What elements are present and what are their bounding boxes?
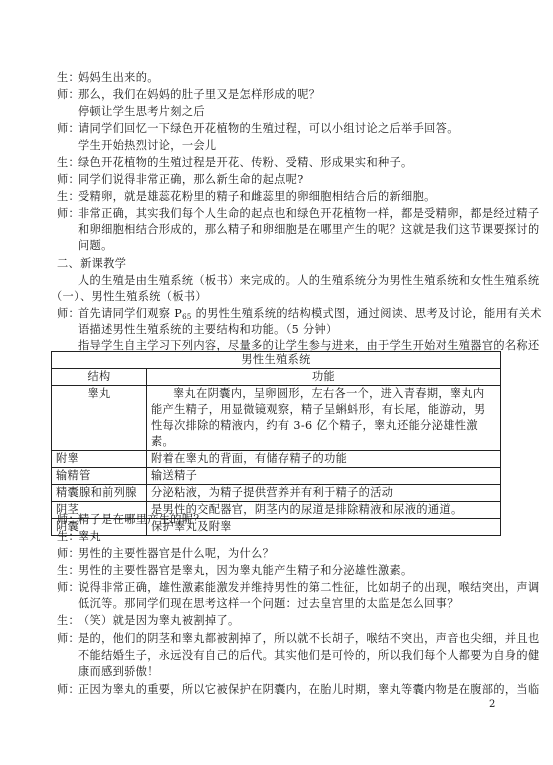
speaker-label: 师： xyxy=(57,87,78,103)
table-row: 睾丸 睾丸在阴囊内，呈卵圆形，左右各一个，进入青春期，睾丸内能产生精子，用显微镜… xyxy=(52,386,501,451)
column-header-function: 功能 xyxy=(147,369,501,386)
paragraph: 人的生殖是由生殖系统（板书）来完成的。人的生殖系统分为男性生殖系统和女性生殖系统 xyxy=(78,273,508,289)
dialogue-line: 师：非常正确，其实我们每个人生命的起点也和绿色开花植物一样，都是受精卵，都是经过… xyxy=(57,206,507,222)
dialogue-line: 生：受精卵，就是雄蕊花粉里的精子和雌蕊里的卵细胞相结合后的新细胞。 xyxy=(57,189,507,205)
dialogue-line: 师：男性的主要性器官是什么呢，为什么？ xyxy=(57,546,507,562)
speaker-label: 生： xyxy=(57,613,78,629)
line-text: 康而感到骄傲！ xyxy=(78,665,159,678)
dialogue-line: 生：绿色开花植物的生殖过程是开花、传粉、受精、形成果实和种子。 xyxy=(57,155,507,171)
line-text: 停顿让学生思考片刻之后 xyxy=(78,105,205,118)
speaker-label: 师： xyxy=(57,121,78,137)
dialogue-continuation: 康而感到骄傲！ xyxy=(78,664,508,680)
line-text: （一）、男性生殖系统（板书） xyxy=(51,290,207,303)
dialogue-continuation: 低沉等。那同学们现在思考这样一个问题：过去皇宫里的太监是怎么回事？ xyxy=(78,596,508,612)
speaker-label: 生： xyxy=(57,155,78,171)
line-text: 请同学们回忆一下绿色开花植物的生殖过程，可以小组讨论之后举手回答。 xyxy=(78,122,459,135)
table-row: 精囊腺和前列腺 分泌粘液，为精子提供营养并有利于精子的活动 xyxy=(52,485,501,502)
structure-cell: 精囊腺和前列腺 xyxy=(52,485,147,502)
function-cell: 分泌粘液，为精子提供营养并有利于精子的活动 xyxy=(147,485,501,502)
line-text: 男性的主要性器官是睾丸，因为睾丸能产生精子和分泌雄性激素。 xyxy=(78,564,413,577)
speaker-label: 师： xyxy=(57,546,78,562)
line-text: 二、新课教学 xyxy=(57,257,126,270)
table-row: 输精管 输送精子 xyxy=(52,468,501,485)
line-text: 首先请同学们观察 P xyxy=(78,307,182,320)
table-row: 附睾 附着在睾丸的背面，有储存精子的功能 xyxy=(52,451,501,468)
dialogue-line: 生：男性的主要性器官是睾丸，因为睾丸能产生精子和分泌雄性激素。 xyxy=(57,563,507,579)
function-cell: 输送精子 xyxy=(147,468,501,485)
stage-direction: 学生开始热烈讨论，一会儿 xyxy=(78,138,508,154)
dialogue-line: 生：睾丸 xyxy=(57,529,507,545)
structure-cell: 睾丸 xyxy=(52,386,147,451)
dialogue-continuation: 不能结婚生子，永远没有自己的后代。其实他们是可怜的，所以我们每个人都要为自身的健 xyxy=(78,648,508,664)
dialogue-line: 师：精子是在哪里产生的呢？ xyxy=(57,512,507,528)
line-text: 非常正确，其实我们每个人生命的起点也和绿色开花植物一样，都是受精卵，都是经过精子 xyxy=(78,207,540,220)
line-text: 说得非常正确，雄性激素能激发并维持男性的第二性征，比如胡子的出现，喉结突出，声调 xyxy=(78,581,540,594)
speaker-label: 师： xyxy=(57,682,78,698)
line-text: 的男性生殖系统的结构模式图，通过阅读、思考及讨论，能用有关术 xyxy=(192,307,542,320)
page-number: 2 xyxy=(489,699,495,710)
structure-cell: 输精管 xyxy=(52,468,147,485)
stage-direction: 停顿让学生思考片刻之后 xyxy=(78,104,508,120)
table-header-row: 结构 功能 xyxy=(52,369,501,386)
dialogue-line: 师：正因为睾丸的重要，所以它被保护在阴囊内，在胎儿时期，睾丸等囊内物是在腹部的，… xyxy=(57,682,507,698)
function-cell: 附着在睾丸的背面，有储存精子的功能 xyxy=(147,451,501,468)
line-text: 和卵细胞相结合形成的，那么精子和卵细胞是在哪里产生的呢？这就是我们这节课要探讨的 xyxy=(78,223,540,236)
speaker-label: 师： xyxy=(57,206,78,222)
line-text: 正因为睾丸的重要，所以它被保护在阴囊内，在胎儿时期，睾丸等囊内物是在腹部的，当临 xyxy=(78,683,540,696)
structure-cell: 附睾 xyxy=(52,451,147,468)
dialogue-line: 生：（笑）就是因为睾丸被割掉了。 xyxy=(57,613,507,629)
male-reproductive-system-table: 男性生殖系统 结构 功能 睾丸 睾丸在阴囊内，呈卵圆形，左右各一个，进入青春期，… xyxy=(51,351,501,536)
line-text: 是的，他们的阴茎和睾丸都被割掉了，所以就不长胡子，喉结不突出，声音也尖细，并且也 xyxy=(78,632,540,645)
speaker-label: 师： xyxy=(57,580,78,596)
line-text: （笑）就是因为睾丸被割掉了。 xyxy=(78,614,240,627)
line-text: 男性的主要性器官是什么呢，为什么？ xyxy=(78,547,274,560)
speaker-label: 师： xyxy=(57,172,78,188)
document-page: 生：妈妈生出来的。 师：那么，我们在妈妈的肚子里又是怎样形成的呢？ 停顿让学生思… xyxy=(0,0,553,765)
speaker-label: 生： xyxy=(57,563,78,579)
line-text: 睾丸 xyxy=(78,530,101,543)
line-text: 绿色开花植物的生殖过程是开花、传粉、受精、形成果实和种子。 xyxy=(78,156,413,169)
table-title-row: 男性生殖系统 xyxy=(52,352,501,369)
section-heading: 二、新课教学 xyxy=(57,256,507,272)
dialogue-line: 师：同学们说得非常正确，那么新生命的起点呢? xyxy=(57,172,507,188)
page-ref-subscript: 65 xyxy=(182,313,192,321)
line-text: 低沉等。那同学们现在思考这样一个问题：过去皇宫里的太监是怎么回事？ xyxy=(78,597,459,610)
line-text: 精子是在哪里产生的呢？ xyxy=(78,513,205,526)
table-title: 男性生殖系统 xyxy=(52,352,501,369)
line-text: 人的生殖是由生殖系统（板书）来完成的。人的生殖系统分为男性生殖系统和女性生殖系统 xyxy=(78,274,540,287)
column-header-structure: 结构 xyxy=(52,369,147,386)
subsection-heading: （一）、男性生殖系统（板书） xyxy=(51,289,501,305)
dialogue-continuation: 语描述男性生殖系统的主要结构和功能。（5 分钟） xyxy=(78,322,508,338)
line-text: 受精卵，就是雄蕊花粉里的精子和雌蕊里的卵细胞相结合后的新细胞。 xyxy=(78,190,436,203)
speaker-label: 师： xyxy=(57,512,78,528)
dialogue-continuation: 问题。 xyxy=(78,238,508,254)
speaker-label: 生： xyxy=(57,189,78,205)
speaker-label: 生： xyxy=(57,529,78,545)
dialogue-line: 师：是的，他们的阴茎和睾丸都被割掉了，所以就不长胡子，喉结不突出，声音也尖细，并… xyxy=(57,631,507,647)
line-text: 妈妈生出来的。 xyxy=(78,71,159,84)
line-text: 那么，我们在妈妈的肚子里又是怎样形成的呢？ xyxy=(78,88,320,101)
line-text: 学生开始热烈讨论，一会儿 xyxy=(78,139,216,152)
dialogue-line: 师：那么，我们在妈妈的肚子里又是怎样形成的呢？ xyxy=(57,87,507,103)
speaker-label: 生： xyxy=(57,70,78,86)
speaker-label: 师： xyxy=(57,306,78,322)
dialogue-line: 师：首先请同学们观察 P65 的男性生殖系统的结构模式图，通过阅读、思考及讨论，… xyxy=(57,306,507,322)
dialogue-line: 生：妈妈生出来的。 xyxy=(57,70,507,86)
dialogue-continuation: 和卵细胞相结合形成的，那么精子和卵细胞是在哪里产生的呢？这就是我们这节课要探讨的 xyxy=(78,222,508,238)
line-text: 同学们说得非常正确，那么新生命的起点呢? xyxy=(78,173,304,186)
dialogue-line: 师：说得非常正确，雄性激素能激发并维持男性的第二性征，比如胡子的出现，喉结突出，… xyxy=(57,580,507,596)
speaker-label: 师： xyxy=(57,631,78,647)
function-cell: 睾丸在阴囊内，呈卵圆形，左右各一个，进入青春期，睾丸内能产生精子，用显微镜观察，… xyxy=(147,386,501,451)
line-text: 不能结婚生子，永远没有自己的后代。其实他们是可怜的，所以我们每个人都要为自身的健 xyxy=(78,649,540,662)
line-text: 语描述男性生殖系统的主要结构和功能。（5 分钟） xyxy=(78,323,338,336)
dialogue-line: 师：请同学们回忆一下绿色开花植物的生殖过程，可以小组讨论之后举手回答。 xyxy=(57,121,507,137)
line-text: 问题。 xyxy=(78,239,113,252)
